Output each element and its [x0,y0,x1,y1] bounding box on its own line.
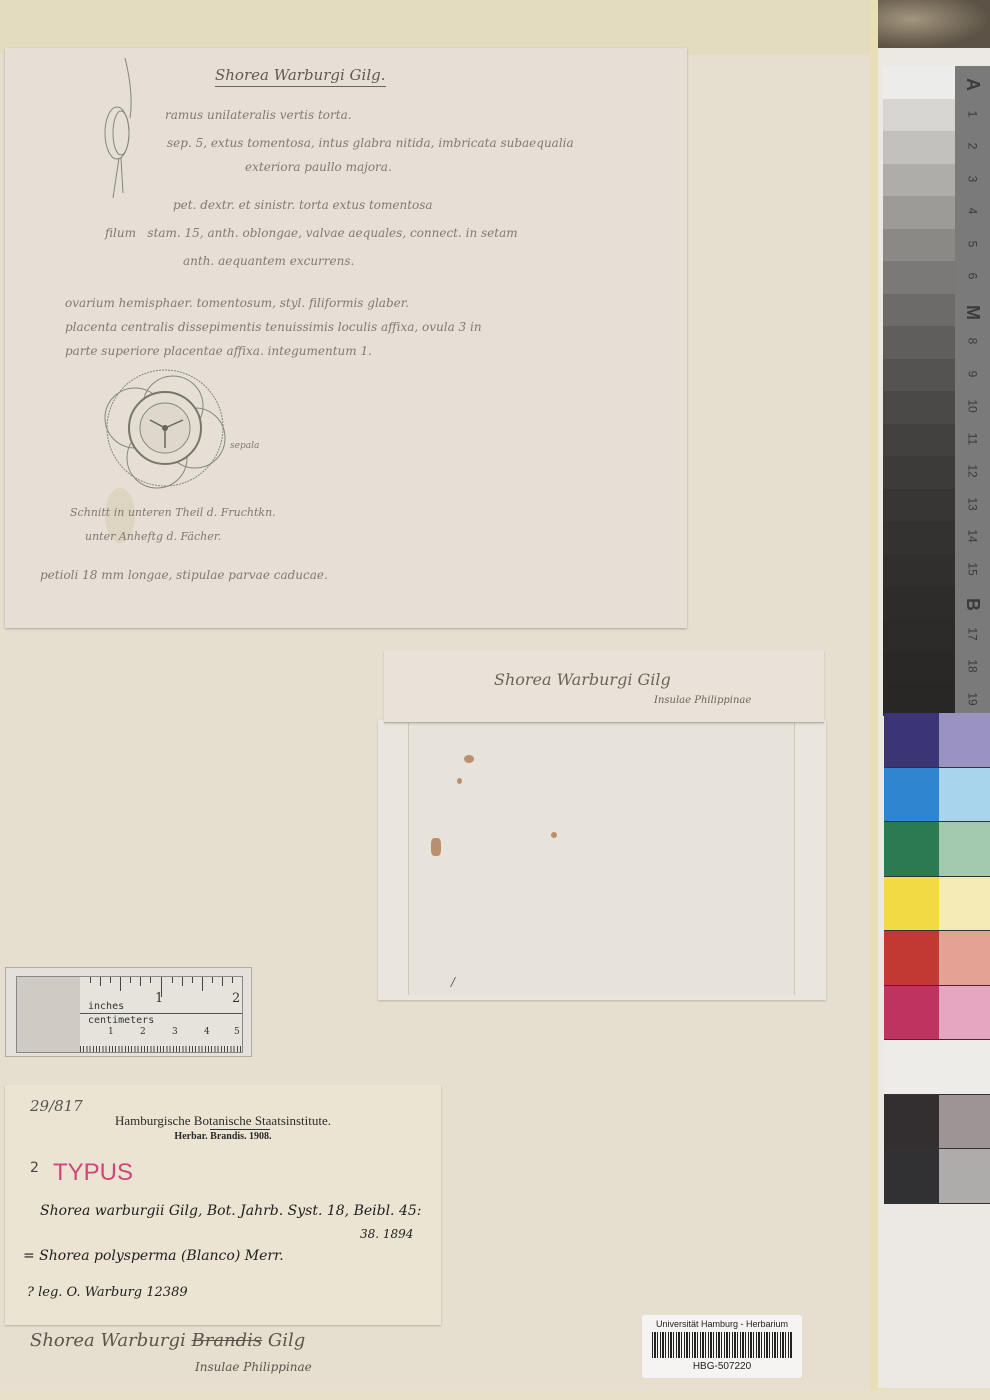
gray-scale [883,66,955,716]
stain-spot [551,832,557,838]
color-patch [884,1149,939,1203]
notes-line: parte superiore placentae affixa. integu… [65,344,372,358]
gray-patch [883,294,955,327]
color-patch [939,713,990,767]
barcode-institution: Universität Hamburg - Herbarium [642,1319,802,1329]
collector: ? leg. O. Warburg 12389 [27,1285,188,1300]
packet-body: / [378,720,826,1000]
synonym: = Shorea polysperma (Blanco) Merr. [23,1248,284,1264]
ruler-divider [80,1013,242,1014]
cm-mark: 5 [234,1027,240,1037]
gray-patch [883,489,955,522]
gray-label: 12 [966,454,980,489]
barcode-label: Universität Hamburg - Herbarium HBG-5072… [642,1315,802,1378]
color-patch [884,931,939,985]
tick [90,977,91,983]
cm-mark: 3 [172,1027,178,1037]
gray-patch [883,554,955,587]
annotation-author: Gilg [268,1330,305,1351]
gray-label: 19 [966,681,980,716]
color-patches [884,713,990,1204]
color-patch-row [884,713,990,768]
tick [222,977,223,986]
tick [202,977,203,991]
petiole-note: petioli 18 mm longae, stipulae parvae ca… [40,568,328,582]
notes-line: sep. 5, extus tomentosa, intus glabra ni… [167,136,574,150]
gray-patch [883,359,955,392]
color-patch [939,931,990,985]
scale-bar: 1 2 inches centimeters 1 2 3 4 5 [5,967,252,1057]
cm-mark: 1 [108,1027,114,1037]
gray-label: 1 [966,96,980,131]
gray-patch [883,391,955,424]
color-patch [939,986,990,1040]
color-patch-row [884,986,990,1041]
drawing-caption: Schnitt in unteren Theil d. Fruchtkn. [70,506,276,519]
color-patch [939,1040,990,1094]
ruler: 1 2 inches centimeters 1 2 3 4 5 [80,976,243,1053]
anther-drawing-icon [85,58,145,198]
gray-label: 10 [966,389,980,424]
type-stamp: TYPUS [53,1159,133,1187]
gray-patch [883,424,955,457]
color-patch [884,1040,939,1094]
gray-label: 9 [966,356,980,391]
notes-line: pet. dextr. et sinistr. torta extus tome… [173,198,433,212]
color-patch-row [884,931,990,986]
packet-locality: Insulae Philippinae [654,695,751,706]
flower-cross-section-icon [95,358,235,498]
background-corner [878,0,990,48]
type-prefix: 2 [30,1160,39,1176]
color-patch [939,877,990,931]
gray-label: 5 [966,226,980,261]
color-patch [884,822,939,876]
barcode-icon [652,1332,792,1358]
margin-note: filum [105,226,136,240]
gray-label: 2 [966,129,980,164]
gray-patch [883,456,955,489]
barcode-number: HBG-507220 [642,1361,802,1372]
notes-line: placenta centralis dissepimentis tenuiss… [65,320,482,334]
institution-name: Hamburgische Botanische Staatsinstitute. [5,1113,441,1129]
gray-label: 6 [966,259,980,294]
tick [120,977,121,991]
notes-line: anth. aequantem excurrens. [183,254,354,268]
gray-patch [883,261,955,294]
notes-line: ramus unilateralis vertis torta. [165,108,352,122]
gray-patch [883,619,955,652]
mm-ticks [80,1046,242,1052]
notes-line: filum stam. 15, anth. oblongae, valvae a… [105,226,518,240]
color-patch-row [884,1149,990,1204]
scale-grey-patch [16,976,82,1053]
gray-patch [883,586,955,619]
color-patch [884,713,939,767]
annotation-locality: Insulae Philippinae [195,1360,312,1374]
tick [182,977,183,986]
color-patch [939,1095,990,1149]
gray-patch [883,99,955,132]
packet-flap-label: Shorea Warburgi Gilg Insulae Philippinae [384,650,824,723]
notes-line-text: stam. 15, anth. oblongae, valvae aequale… [147,226,517,240]
color-patch [939,822,990,876]
color-patch [884,986,939,1040]
drawing-caption: unter Anheftg d. Fächer. [85,530,221,543]
gray-patch [883,131,955,164]
color-patch-row [884,877,990,932]
tick [192,977,193,983]
annotation-species: Shorea Warburgi [30,1330,186,1351]
color-patch [939,1149,990,1203]
gray-label: 8 [966,324,980,359]
inch-mark: 2 [232,991,240,1006]
color-patch [884,768,939,822]
drawing-label: sepala [230,441,259,451]
herbarium-label: 29/817 Hamburgische Botanische Staatsins… [5,1085,441,1325]
gray-label: 18 [966,649,980,684]
centimeters-label: centimeters [88,1015,154,1026]
tick [110,977,111,983]
color-patch [884,877,939,931]
specimen-packet[interactable]: / Shorea Warburgi Gilg Insulae Philippin… [378,650,826,1000]
gray-patch [883,684,955,717]
annotation-name: Shorea Warburgi Brandis Gilg [30,1330,305,1351]
gray-scale-labels: A123456M89101112131415B171819 [955,66,990,716]
gray-label: 17 [966,616,980,651]
tick [232,977,233,983]
gray-patch [883,229,955,262]
cm-mark: 2 [140,1027,146,1037]
citation-continued: 38. 1894 [360,1227,413,1241]
tick [100,977,101,986]
annotation-struck-author: Brandis [191,1330,262,1351]
tick [140,977,141,986]
gray-patch [883,196,955,229]
gray-label: 15 [966,551,980,586]
color-patch-row [884,768,990,823]
herbarium-name: Herbar. Brandis. 1908. [5,1131,441,1142]
color-patch [884,1095,939,1149]
stain-spot [431,838,441,856]
notes-line: exteriora paullo majora. [245,160,392,174]
inch-mark: 1 [155,991,163,1006]
cm-mark: 4 [204,1027,210,1037]
gray-patch [883,164,955,197]
gray-label: 14 [966,519,980,554]
color-patch-row [884,822,990,877]
gray-label: 4 [966,194,980,229]
tick [212,977,213,983]
color-patch-row [884,1095,990,1150]
notes-title: Shorea Warburgi Gilg. [215,66,386,87]
gray-patch [883,66,955,99]
gray-patch [883,326,955,359]
tick [150,977,151,983]
divider [210,1129,270,1130]
gray-label: 11 [966,421,980,456]
packet-inner: / [408,720,795,995]
notes-line: ovarium hemisphaer. tomentosum, styl. fi… [65,296,409,310]
tick [172,977,173,983]
packet-mark: / [451,975,455,989]
packet-species-name: Shorea Warburgi Gilg [494,670,671,689]
stain-spot [464,755,474,763]
inches-label: inches [88,1001,124,1012]
gray-label: 13 [966,486,980,521]
sheet-top-margin [0,0,880,55]
gray-label: 3 [966,161,980,196]
color-patch [939,768,990,822]
species-citation: Shorea warburgii Gilg, Bot. Jahrb. Syst.… [40,1203,422,1219]
description-notes-sheet: Shorea Warburgi Gilg. ramus unilateralis… [5,48,687,628]
stain-spot [457,778,462,784]
color-patch-row [884,1040,990,1095]
gray-patch [883,521,955,554]
gray-patch [883,651,955,684]
tick [130,977,131,983]
